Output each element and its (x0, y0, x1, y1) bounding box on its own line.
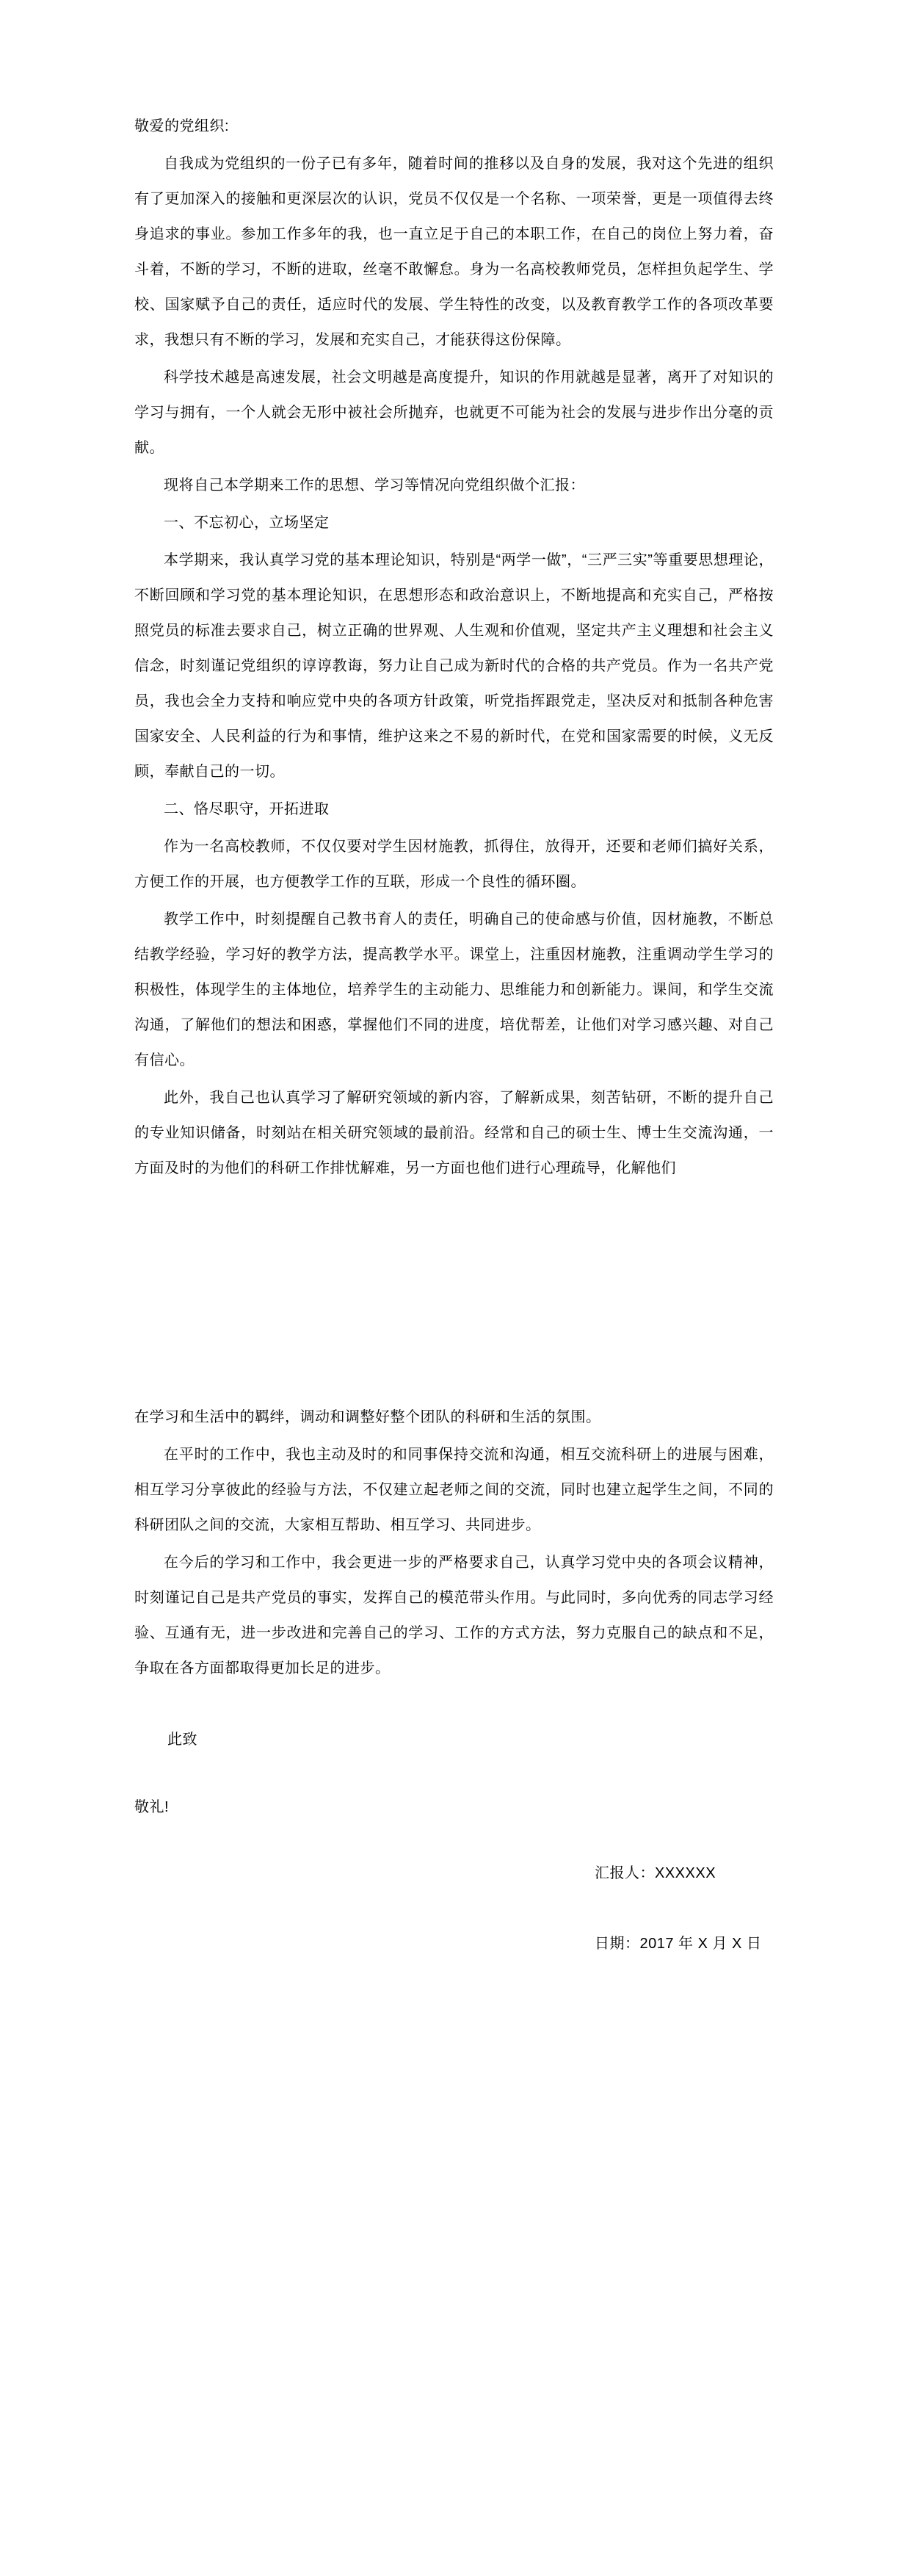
para-section-one: 本学期来，我认真学习党的基本理论知识，特别是“两学一做”，“三严三实”等重要思想… (134, 543, 774, 789)
document-page-1: 敬爱的党组织: 自我成为党组织的一份子已有多年，随着时间的推移以及自身的发展，我… (134, 109, 774, 1188)
para-teaching-work: 教学工作中，时刻提醒自己教书育人的责任，明确自己的使命感与价值，因材施教，不断总… (134, 902, 774, 1078)
section-heading-one: 一、不忘初心，立场坚定 (134, 505, 774, 540)
para-teacher-relations: 作为一名高校教师，不仅仅要对学生因材施教，抓得住，放得开，还要和老师们搞好关系，… (134, 829, 774, 900)
para-research-part1: 此外，我自己也认真学习了解研究领域的新内容，了解新成果，刻苦钻研，不断的提升自己… (134, 1080, 774, 1186)
para-future: 在今后的学习和工作中，我会更进一步的严格要求自己，认真学习党中央的各项会议精神，… (134, 1545, 774, 1686)
closing-jingli: 敬礼! (134, 1790, 774, 1825)
report-date: 日期：2017 年 X 月 X 日 (595, 1926, 774, 1961)
para-report-lead: 现将自己本学期来工作的思想、学习等情况向党组织做个汇报： (134, 468, 774, 503)
letter-document: { "page": { "background_color": "#ffffff… (0, 0, 911, 2576)
section-heading-two: 二、恪尽职守，开拓进取 (134, 792, 774, 827)
salutation: 敬爱的党组织: (134, 109, 774, 144)
para-intro: 自我成为党组织的一份子已有多年，随着时间的推移以及自身的发展，我对这个先进的组织… (134, 146, 774, 358)
para-knowledge: 科学技术越是高速发展，社会文明越是高度提升，知识的作用就越是显著，离开了对知识的… (134, 360, 774, 466)
closing-cizhi: 此致 (134, 1722, 774, 1757)
para-colleagues: 在平时的工作中，我也主动及时的和同事保持交流和沟通，相互交流科研上的进展与困难，… (134, 1437, 774, 1543)
para-research-part2: 在学习和生活中的羁绊，调动和调整好整个团队的科研和生活的氛围。 (134, 1400, 774, 1435)
reporter-signature: 汇报人：XXXXXX (595, 1856, 774, 1891)
document-page-2: 在学习和生活中的羁绊，调动和调整好整个团队的科研和生活的氛围。 在平时的工作中，… (134, 1400, 774, 1964)
